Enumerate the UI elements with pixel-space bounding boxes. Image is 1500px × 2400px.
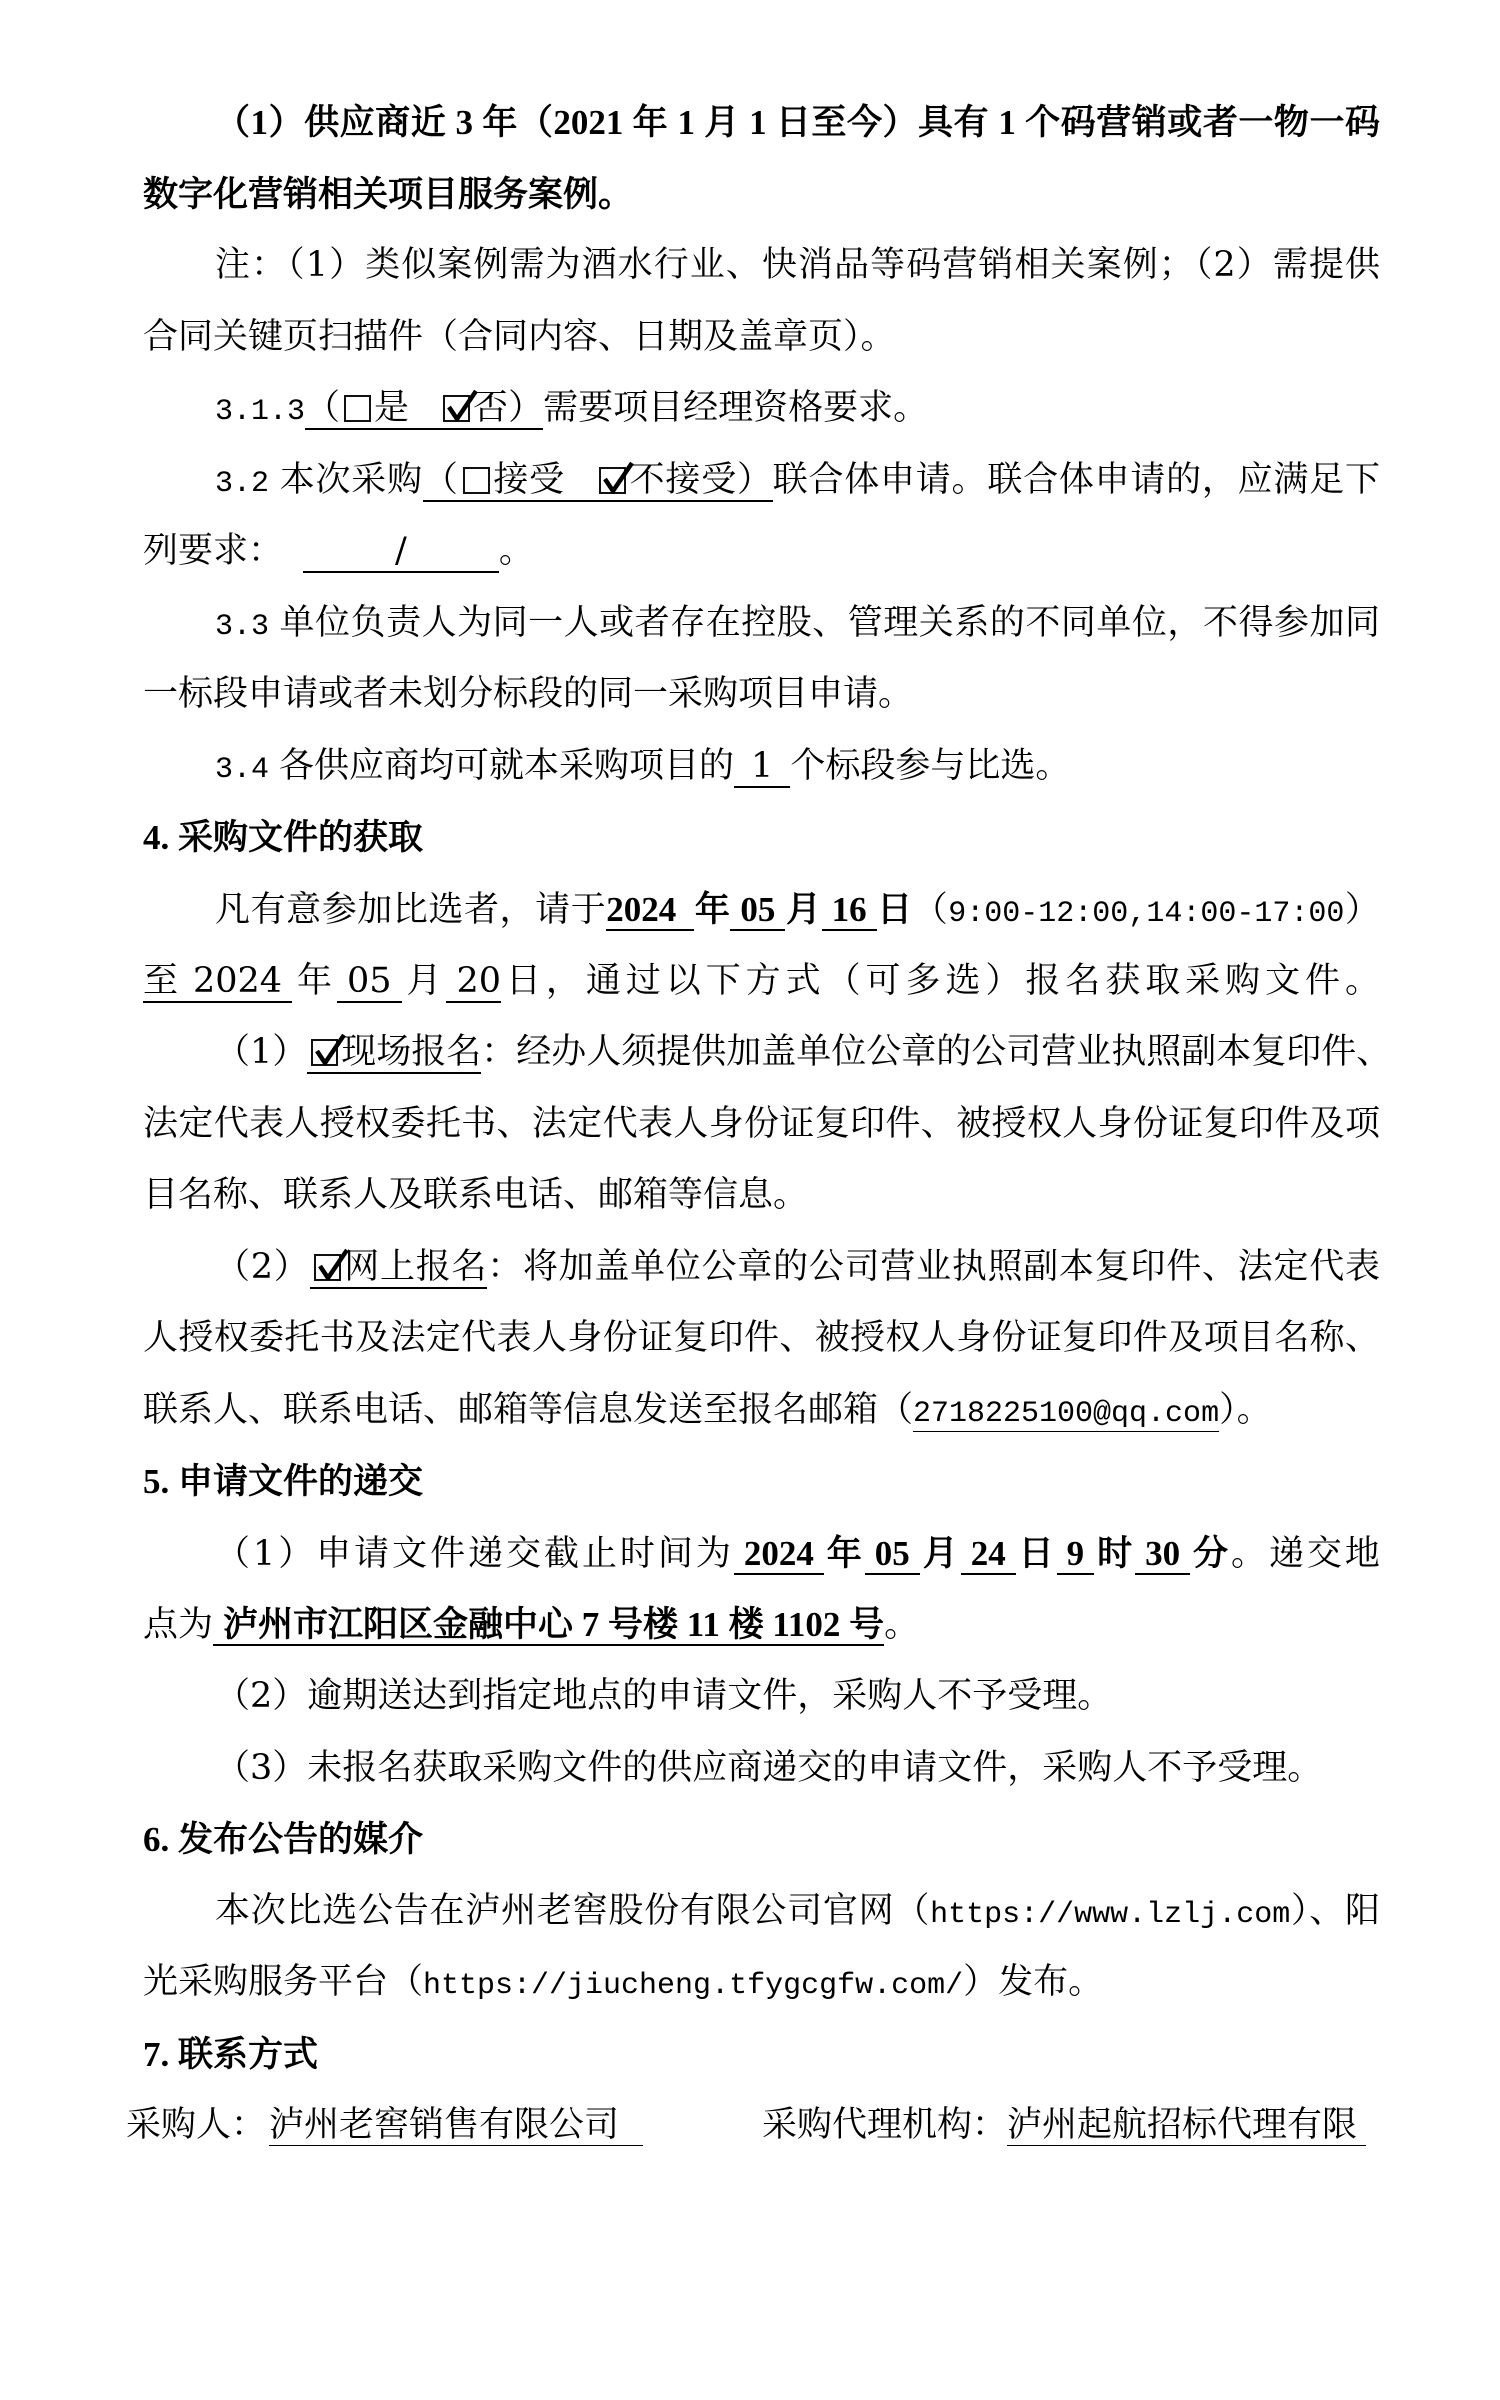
start-month: 05: [730, 890, 785, 931]
item-text: ：经办人须提供加盖单位公章的公司营业执照副本复印件、: [481, 1032, 1391, 1072]
purchaser-name: 泸州老窖销售有限公司: [269, 2105, 643, 2146]
checkbox-checked-icon: [314, 1254, 341, 1281]
checkbox-checked-icon: [443, 395, 470, 422]
start-date: 2024年05月16日: [606, 890, 912, 931]
media-tail: ）发布。: [963, 1962, 1103, 2002]
media-line-1: 本次比选公告在泸州老窖股份有限公司官网（https://www.lzlj.com…: [143, 1876, 1380, 1948]
online-registration-line-3: 联系人、联系电话、邮箱等信息发送至报名邮箱（2718225100@qq.com）…: [143, 1375, 1380, 1447]
checkmark-icon: [446, 388, 478, 422]
day-unit: 日: [877, 890, 913, 929]
item-text: 单位负责人为同一人或者存在控股、管理关系的不同单位，不得参加同: [279, 603, 1380, 643]
requirement-1-line-2: 数字化营销相关项目服务案例。: [143, 159, 1380, 231]
item-3-2-line-1: 3.2本次采购（接受不接受）联合体申请。联合体申请的，应满足下: [143, 445, 1380, 517]
deadline-tail: 。递交地: [1231, 1534, 1380, 1574]
media-line-2: 光采购服务平台（https://jiucheng.tfygcgfw.com/）发…: [143, 1947, 1380, 2019]
project-manager-requirement-field: （是否）: [305, 388, 543, 430]
year-unit: 年: [292, 961, 337, 1001]
deadline-lead: 申请文件递交截止时间为: [316, 1534, 734, 1574]
item-number: 3.1.3: [215, 395, 305, 429]
month-unit: 月: [920, 1534, 961, 1573]
onsite-registration-line-3: 目名称、联系人及联系电话、邮箱等信息。: [143, 1160, 1380, 1232]
checkbox-checked-icon: [311, 1039, 338, 1066]
option-label: 网上报名: [344, 1247, 488, 1287]
item-text: 联系人、联系电话、邮箱等信息发送至报名邮箱（: [143, 1390, 913, 1430]
registration-period-line-2: 至2024年05月20日，通过以下方式（可多选）报名获取采购文件。: [143, 946, 1380, 1018]
day-unit: 日: [1016, 1534, 1057, 1573]
to-label: 至: [143, 961, 183, 1001]
paren-close: ）: [737, 460, 773, 500]
media-lead: 光采购服务平台（: [143, 1962, 423, 2002]
requirements-field: /: [303, 531, 499, 573]
deadline-line-2: 点为泸州市江阳区金融中心 7 号楼 11 楼 1102 号。: [143, 1589, 1380, 1661]
hour-unit: 时: [1094, 1534, 1135, 1573]
item-text: 联合体申请。联合体申请的，应满足下: [773, 460, 1380, 500]
unregistered-submission-rule: （3）未报名获取采购文件的供应商递交的申请文件，采购人不予受理。: [143, 1733, 1380, 1805]
option-label: 现场报名: [341, 1032, 481, 1072]
section-4-heading: 4. 采购文件的获取: [143, 802, 1380, 874]
paren-open: （: [305, 388, 340, 428]
minute-unit: 分: [1190, 1534, 1231, 1573]
option-yes-label: 是: [374, 388, 409, 428]
item-number: （1）: [215, 1032, 307, 1072]
registration-intro: 凡有意参加比选者，请于: [215, 890, 606, 930]
item-tail: ）。: [1219, 1390, 1272, 1430]
end-day: 20: [446, 961, 501, 1003]
requirement-1-line-1: （1）供应商近 3 年（2021 年 1 月 1 日至今）具有 1 个码营销或者…: [143, 87, 1380, 159]
document-page: （1）供应商近 3 年（2021 年 1 月 1 日至今）具有 1 个码营销或者…: [0, 0, 1500, 2400]
official-site-url: https://www.lzlj.com: [930, 1898, 1290, 1932]
item-3-4: 3.4各供应商均可就本采购项目的1个标段参与比选。: [143, 731, 1380, 803]
lot-count-field: 1: [734, 746, 790, 788]
online-registration-option: 网上报名: [310, 1247, 488, 1289]
requirements-label: 列要求：: [143, 531, 283, 571]
online-registration-line-1: （2）网上报名：将加盖单位公章的公司营业执照副本复印件、法定代表: [143, 1232, 1380, 1304]
checkbox-checked-icon: [599, 467, 626, 494]
paren-open: （: [423, 460, 459, 500]
month-unit: 月: [402, 961, 447, 1001]
agency-group: 采购代理机构：泸州起航招标代理有限: [762, 2090, 1366, 2162]
platform-url: https://jiucheng.tfygcgfw.com/: [423, 1969, 963, 2003]
contact-line: 采购人：泸州老窖销售有限公司 采购代理机构：泸州起航招标代理有限: [126, 2090, 1380, 2162]
month-unit: 月: [785, 890, 821, 929]
onsite-registration-line-1: （1）现场报名：经办人须提供加盖单位公章的公司营业执照副本复印件、: [143, 1017, 1380, 1089]
note-line-1: 注：（1）类似案例需为酒水行业、快消品等码营销相关案例；（2）需提供: [143, 230, 1380, 302]
late-submission-rule: （2）逾期送达到指定地点的申请文件，采购人不予受理。: [143, 1661, 1380, 1733]
line-end: 。: [499, 531, 534, 571]
deadline-line-1: （1）申请文件递交截止时间为2024年05月24日9时30分。递交地: [143, 1518, 1380, 1590]
hours-close: ）: [1344, 890, 1380, 930]
line-end: 。: [884, 1605, 919, 1645]
day-unit: 日: [501, 961, 546, 1001]
end-year-field: 至2024: [143, 961, 292, 1003]
deadline-hour: 9: [1057, 1534, 1095, 1575]
registration-period-line-1: 凡有意参加比选者，请于2024年05月16日（9:00-12:00,14:00-…: [143, 874, 1380, 946]
item-lead: 各供应商均可就本采购项目的: [279, 746, 734, 786]
item-number: （1）: [215, 1534, 316, 1574]
agency-name: 泸州起航招标代理有限: [1007, 2105, 1366, 2146]
deadline-minute: 30: [1135, 1534, 1190, 1575]
paren-close: ）: [508, 388, 543, 428]
media-tail: ）、阳: [1290, 1891, 1380, 1931]
year-unit: 年: [694, 890, 730, 929]
section-5-heading: 5. 申请文件的递交: [143, 1446, 1380, 1518]
online-registration-line-2: 人授权委托书及法定代表人身份证复印件、被授权人身份证复印件及项目名称、: [143, 1303, 1380, 1375]
registration-tail: ，通过以下方式（可多选）报名获取采购文件。: [546, 961, 1380, 1001]
item-tail: 个标段参与比选。: [790, 746, 1070, 786]
purchaser-label: 采购人：: [126, 2105, 266, 2145]
item-number: 3.3: [215, 610, 269, 644]
start-day: 16: [822, 890, 877, 931]
agency-label: 采购代理机构：: [762, 2105, 1007, 2145]
end-year: 2024: [183, 961, 292, 1001]
document-body: （1）供应商近 3 年（2021 年 1 月 1 日至今）具有 1 个码营销或者…: [143, 87, 1380, 2162]
year-unit: 年: [824, 1534, 865, 1573]
deadline-day: 24: [961, 1534, 1016, 1575]
purchaser-group: 采购人：泸州老窖销售有限公司: [126, 2105, 643, 2145]
item-number: （2）: [215, 1247, 310, 1287]
deadline-month: 05: [865, 1534, 920, 1575]
start-year: 2024: [606, 890, 694, 931]
item-text: ：将加盖单位公章的公司营业执照副本复印件、法定代表: [487, 1247, 1380, 1287]
registration-hours: 9:00-12:00,14:00-17:00: [948, 897, 1344, 931]
checkmark-icon: [602, 460, 634, 494]
item-number: 3.2: [215, 467, 269, 501]
deadline-year: 2024: [734, 1534, 824, 1575]
onsite-registration-option: 现场报名: [307, 1032, 481, 1074]
option-accept-label: 接受: [493, 460, 565, 500]
section-7-heading: 7. 联系方式: [143, 2019, 1380, 2091]
deadline-datetime: 2024年05月24日9时30分: [734, 1534, 1231, 1575]
registration-email-link[interactable]: 2718225100@qq.com: [913, 1397, 1219, 1432]
item-3-3-line-1: 3.3单位负责人为同一人或者存在控股、管理关系的不同单位，不得参加同: [143, 588, 1380, 660]
item-3-3-line-2: 一标段申请或者未划分标段的同一采购项目申请。: [143, 659, 1380, 731]
checkbox-unchecked-icon: [463, 467, 490, 494]
item-3-1-3: 3.1.3（是否）需要项目经理资格要求。: [143, 373, 1380, 445]
option-no-label: 否: [473, 388, 508, 428]
consortium-acceptance-field: （接受不接受）: [423, 460, 773, 502]
location-lead: 点为: [143, 1605, 213, 1645]
item-lead: 本次采购: [279, 460, 423, 500]
checkmark-icon: [314, 1032, 346, 1066]
section-6-heading: 6. 发布公告的媒介: [143, 1804, 1380, 1876]
checkbox-unchecked-icon: [344, 395, 371, 422]
item-number: 3.4: [215, 753, 269, 787]
item-3-2-line-2: 列要求：/。: [143, 516, 1380, 588]
onsite-registration-line-2: 法定代表人授权委托书、法定代表人身份证复印件、被授权人身份证复印件及项: [143, 1089, 1380, 1161]
checkmark-icon: [317, 1247, 349, 1281]
end-month: 05: [337, 961, 402, 1003]
note-line-2: 合同关键页扫描件（合同内容、日期及盖章页）。: [143, 302, 1380, 374]
hours-open: （: [913, 890, 949, 930]
media-lead: 本次比选公告在泸州老窖股份有限公司官网（: [215, 1891, 930, 1931]
submission-address: 泸州市江阳区金融中心 7 号楼 11 楼 1102 号: [213, 1605, 884, 1646]
item-text: 需要项目经理资格要求。: [543, 388, 928, 428]
option-reject-label: 不接受: [629, 460, 737, 500]
